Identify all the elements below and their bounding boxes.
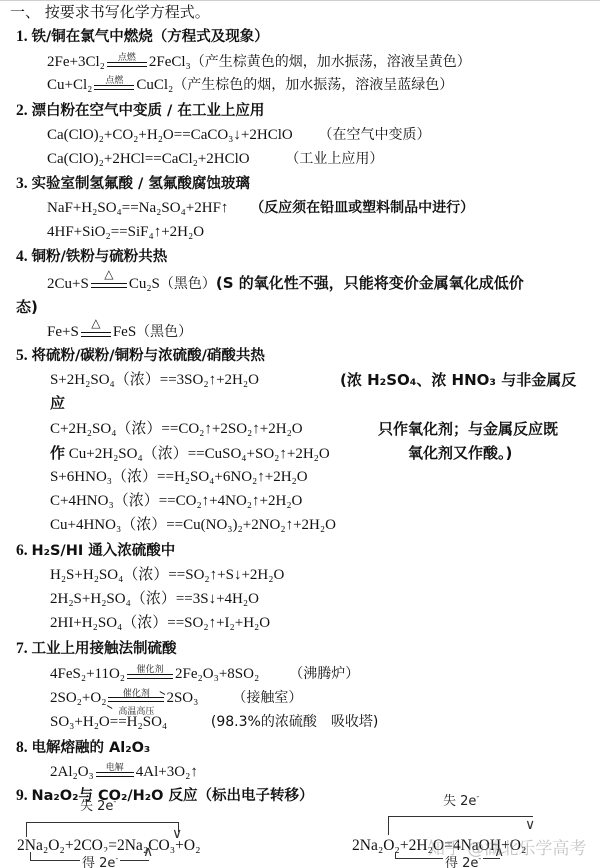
equation-text: NaF+H₂SO₄==Na₂SO₄+2HF↑	[47, 200, 228, 216]
equals-sign	[91, 283, 127, 288]
section-number: 5.	[16, 347, 28, 364]
electron-charge: -	[113, 797, 116, 806]
equation-lhs: 2SO₂+O₂	[50, 690, 106, 706]
equation-rhs: Cu₂S	[129, 276, 160, 292]
equation-rhs: CuCl₂	[136, 77, 173, 93]
equation-cu-h2so4-row: 作 Cu+2H₂SO₄（浓）==CuSO₄+SO₂↑+2H₂O	[50, 443, 330, 464]
equation-cu-cl2: Cu+Cl₂点燃CuCl₂（产生棕色的烟，加水振荡，溶液呈蓝绿色）	[47, 75, 453, 95]
equation-note: （产生棕黄色的烟，加水振荡，溶液呈黄色）	[191, 54, 471, 70]
section-number: 4.	[16, 248, 28, 265]
arrow-up-icon: ∧	[143, 845, 153, 859]
section-title: H₂S/HI 通入浓硫酸中	[32, 543, 176, 559]
equation-bold-note-continued: 态)	[16, 297, 38, 317]
equation-fes2-o2: 4FeS₂+11O₂催化剂2Fe₂O₃+8SO₂（沸腾炉）	[50, 664, 359, 684]
equation-lhs: 4FeS₂+11O₂	[50, 666, 125, 682]
equation-hf-sio2: 4HF+SiO₂==SiF₄↑+2H₂O	[47, 222, 204, 242]
section-9-heading: 9. Na₂O₂与 CO₂/H₂O 反应（标出电子转移）	[16, 786, 313, 806]
equation-note: （黑色）	[160, 276, 216, 292]
equation-note: （反应须在铅皿或塑料制品中进行）	[250, 200, 474, 216]
side-note-line-2: 应	[50, 393, 65, 413]
section-7-heading: 7. 工业上用接触法制硫酸	[16, 639, 177, 659]
lose-bracket-1	[26, 822, 179, 837]
lose-bracket-2	[388, 816, 533, 835]
equation-lhs: 2Fe+3Cl₂	[47, 54, 105, 70]
equation-cu-h2so4: Cu+2H₂SO₄（浓）==CuSO₄+SO₂↑+2H₂O	[69, 446, 330, 462]
equation-so2-o2: 2SO₂+O₂催化剂高温高压2SO₃（接触室）	[50, 688, 302, 708]
equation-hi-h2so4: 2HI+H₂SO₄（浓）==SO₂↑+I₂+H₂O	[50, 613, 270, 633]
equation-lhs: 2Cu+S	[47, 276, 89, 292]
equation-h2s-h2so4: H₂S+H₂SO₄（浓）==SO₂↑+S↓+2H₂O	[50, 565, 284, 585]
lose-electrons-label-2: 失 2e-	[443, 790, 479, 809]
equation-note: （产生棕色的烟，加水振荡，溶液呈蓝绿色）	[173, 77, 453, 93]
lose-label-text: 失 2e	[443, 794, 476, 809]
section-number: 8.	[16, 739, 28, 756]
section-title: 铜粉/铁粉与硫粉共热	[32, 249, 168, 265]
equation-text: 4HF+SiO₂==SiF₄↑+2H₂O	[47, 224, 204, 240]
equation-note: （黑色）	[136, 324, 192, 340]
equation-note: （沸腾炉）	[289, 666, 359, 682]
equation-text: Ca(ClO)₂+2HCl==CaCl₂+2HClO	[47, 151, 250, 167]
equation-rhs: 2FeCl₃	[149, 54, 191, 70]
condition-arrow: 催化剂	[125, 664, 175, 684]
section-title: 实验室制氢氟酸 / 氢氟酸腐蚀玻璃	[32, 176, 250, 192]
equation-bleach-air: Ca(ClO)₂+CO₂+H₂O==CaCO₃↓+2HClO （在空气中变质）	[47, 125, 430, 145]
equation-fe-cl2: 2Fe+3Cl₂点燃2FeCl₃（产生棕黄色的烟，加水振荡，溶液呈黄色）	[47, 52, 471, 72]
section-title: 电解熔融的 Al₂O₃	[32, 740, 151, 756]
forward-arrow-icon	[108, 697, 164, 698]
equation-rhs: FeS	[113, 324, 136, 340]
equation-2h2s-h2so4: 2H₂S+H₂SO₄（浓）==3S↓+4H₂O	[50, 589, 259, 609]
section-2-heading: 2. 漂白粉在空气中变质 / 在工业上应用	[16, 101, 264, 121]
equals-sign	[94, 85, 134, 90]
equation-lhs: Cu+Cl₂	[47, 77, 92, 93]
watermark: 知乎 @湖北乐学高考	[428, 834, 586, 859]
equation-s-h2so4: S+2H₂SO₄（浓）==3SO₂↑+2H₂O	[50, 370, 259, 390]
condition-arrow: △	[89, 273, 129, 293]
equation-fe-s: Fe+S△FeS（黑色）	[47, 322, 192, 342]
condition-arrow: 电解	[94, 762, 136, 782]
equation-text: Ca(ClO)₂+CO₂+H₂O==CaCO₃↓+2HClO	[47, 127, 293, 143]
equation-al2o3: 2Al₂O₃电解4Al+3O₂↑	[50, 762, 198, 782]
side-note-line-3: 只作氧化剂；与金属反应既	[378, 419, 558, 439]
equation-cu-hno3: Cu+4HNO₃（浓）==Cu(NO₃)₂+2NO₂↑+2H₂O	[50, 515, 336, 535]
equation-rhs: 2Fe₂O₃+8SO₂	[175, 666, 259, 682]
equation-so3-h2o: SO₃+H₂O==H₂SO₄ (98.3%的浓硫酸 吸收塔)	[50, 712, 378, 732]
section-6-heading: 6. H₂S/HI 通入浓硫酸中	[16, 541, 175, 561]
top-border	[0, 0, 600, 1]
condition-arrow: △	[79, 322, 113, 342]
equation-rhs: 4Al+3O₂↑	[136, 764, 198, 780]
equation-bold-note: (S 的氧化性不强，只能将变价金属氧化成低价	[216, 274, 524, 292]
document-heading: 一、 按要求书写化学方程式。	[10, 2, 210, 22]
electron-charge: -	[476, 792, 479, 801]
lose-electrons-label-1: 失 2e-	[80, 795, 116, 814]
heat-triangle-icon: △	[89, 264, 129, 284]
equals-sign	[127, 674, 173, 679]
section-number: 9.	[16, 787, 28, 804]
section-title: 漂白粉在空气中变质 / 在工业上应用	[32, 103, 265, 119]
section-title: 将硫粉/碳粉/铜粉与浓硫酸/硝酸共热	[32, 348, 265, 364]
equation-note: （工业上应用）	[285, 151, 383, 167]
condition-arrow: 点燃	[92, 75, 136, 95]
lose-label-text: 失 2e	[80, 799, 113, 814]
side-note-line-1: (浓 H₂SO₄、浓 HNO₃ 与非金属反	[340, 370, 576, 390]
equation-c-h2so4: C+2H₂SO₄（浓）==CO₂↑+2SO₂↑+2H₂O	[50, 419, 303, 439]
side-note-line-4-prefix: 作	[50, 444, 65, 462]
equation-rhs: 2SO₃	[166, 690, 198, 706]
section-number: 6.	[16, 542, 28, 559]
equation-c-hno3: C+4HNO₃（浓）==CO₂↑+4NO₂↑+2H₂O	[50, 491, 302, 511]
section-3-heading: 3. 实验室制氢氟酸 / 氢氟酸腐蚀玻璃	[16, 174, 250, 194]
section-number: 7.	[16, 640, 28, 657]
equation-lhs: Fe+S	[47, 324, 79, 340]
arrow-down-icon: ∨	[525, 818, 535, 832]
heat-triangle-icon: △	[79, 313, 113, 333]
equation-s-hno3: S+6HNO₃（浓）==H₂SO₄+6NO₂↑+2H₂O	[50, 467, 308, 487]
section-title: 工业上用接触法制硫酸	[32, 641, 177, 657]
section-title: 铁/铜在氯气中燃烧（方程式及现象）	[32, 29, 269, 45]
gain-label-text: 得 2e	[82, 856, 115, 868]
equals-sign	[96, 772, 134, 777]
section-number: 3.	[16, 175, 28, 192]
equation-naf-h2so4: NaF+H₂SO₄==Na₂SO₄+2HF↑ （反应须在铅皿或塑料制品中进行）	[47, 198, 474, 218]
condition-arrow: 点燃	[105, 52, 149, 72]
equation-note: （在空气中变质）	[318, 127, 430, 143]
equals-sign	[81, 332, 111, 337]
section-1-heading: 1. 铁/铜在氯气中燃烧（方程式及现象）	[16, 27, 269, 47]
equals-sign	[107, 62, 147, 67]
equation-text: SO₃+H₂O==H₂SO₄	[50, 714, 167, 730]
equation-lhs: 2Al₂O₃	[50, 764, 94, 780]
equation-bleach-industry: Ca(ClO)₂+2HCl==CaCl₂+2HClO （工业上应用）	[47, 149, 383, 169]
equation-cu-s: 2Cu+S△Cu₂S（黑色）(S 的氧化性不强，只能将变价金属氧化成低价	[47, 273, 524, 294]
section-5-heading: 5. 将硫粉/碳粉/铜粉与浓硫酸/硝酸共热	[16, 346, 265, 366]
electron-charge: -	[115, 854, 118, 863]
equation-note: （接触室）	[232, 690, 302, 706]
section-title: Na₂O₂与 CO₂/H₂O 反应（标出电子转移）	[32, 788, 314, 804]
section-number: 2.	[16, 102, 28, 119]
equation-note: (98.3%的浓硫酸 吸收塔)	[211, 714, 378, 730]
reversible-arrow: 催化剂高温高压	[106, 688, 166, 708]
section-number: 1.	[16, 28, 28, 45]
section-8-heading: 8. 电解熔融的 Al₂O₃	[16, 738, 150, 758]
gain-electrons-label-1: 得 2e-	[80, 852, 120, 868]
side-note-line-4: 氧化剂又作酸。)	[408, 443, 512, 463]
